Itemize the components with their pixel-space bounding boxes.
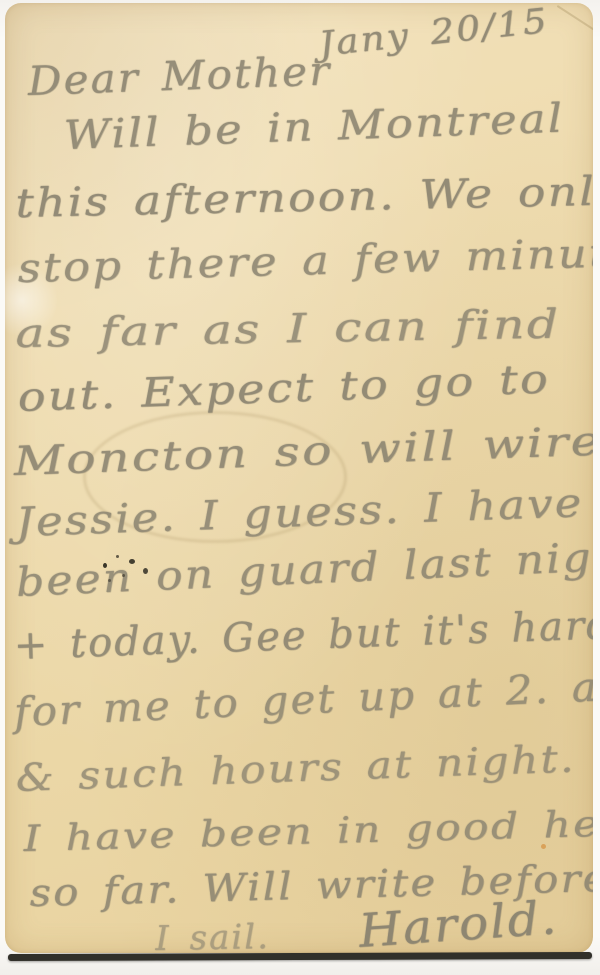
ink-spot [143,568,148,574]
ink-spot [116,555,119,558]
handwriting-line: & such hours at night. [15,736,576,800]
handwriting-line: as far as I can find [15,301,561,357]
ink-spot [122,574,125,577]
handwriting-line: this afternoon. We only [15,168,593,227]
date-line: Jany 20/15 [317,3,551,65]
handwriting-line: stop there a few minutes [17,229,593,292]
handwriting-line: Will be in Montreal [63,96,565,159]
orange-speck [541,844,546,849]
scan-background: Jany 20/15 Dear Mother Will be in Montre… [0,0,600,975]
handwriting-line: been on guard last night [15,533,593,606]
corner-crease [557,5,593,35]
ink-spot [103,563,107,568]
handwriting-line: out. Expect to go to [17,356,551,421]
postcard: Jany 20/15 Dear Mother Will be in Montre… [5,3,593,953]
ink-spot [129,559,135,564]
closing-line: I sail. [155,917,270,953]
ink-spot [108,579,111,582]
handwriting-line: + today. Gee but it's hard [13,602,593,669]
card-bottom-shadow [8,952,592,961]
salutation: Dear Mother [27,48,332,105]
handwriting-line: for me to get up at 2. am [13,663,593,736]
handwriting-line: I have been in good health [23,801,593,860]
